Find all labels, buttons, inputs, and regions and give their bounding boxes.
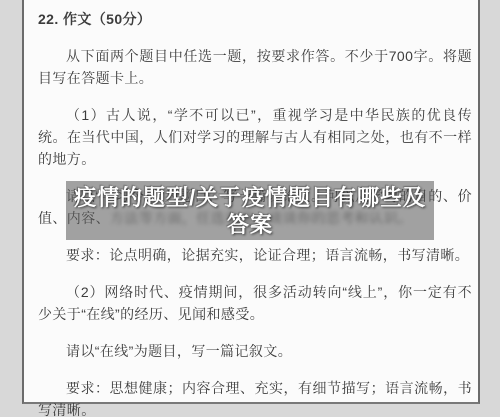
watermark-caption: 疫情的题型/关于疫情题目有哪些及答案 bbox=[74, 185, 426, 237]
question-number-heading: 22. 作文（50分） bbox=[38, 8, 472, 30]
essay-topic-2-prompt: 请以“在线”为题目，写一篇记叙文。 bbox=[38, 340, 472, 362]
requirement-paragraph-2: 要求：思想健康；内容合理、充实，有细节描写；语言流畅，书写清晰。 bbox=[38, 377, 472, 417]
intro-paragraph: 从下面两个题目中任选一题，按要求作答。不少于700字。将题目写在答题卡上。 bbox=[38, 45, 472, 89]
essay-topic-2-paragraph: （2）网络时代、疫情期间，很多活动转向“线上”，你一定有不少关于“在线”的经历、… bbox=[38, 281, 472, 325]
essay-topic-1-paragraph: （1）古人说，“学不可以已”，重视学习是中华民族的优良传统。在当代中国，人们对学… bbox=[38, 104, 472, 170]
requirement-paragraph-1: 要求：论点明确，论据充实，论证合理；语言流畅，书写清晰。 bbox=[38, 244, 472, 266]
watermark-overlay: 疫情的题型/关于疫情题目有哪些及答案 bbox=[66, 181, 434, 240]
screenshot-root: 22. 作文（50分） 从下面两个题目中任选一题，按要求作答。不少于700字。将… bbox=[0, 0, 500, 417]
